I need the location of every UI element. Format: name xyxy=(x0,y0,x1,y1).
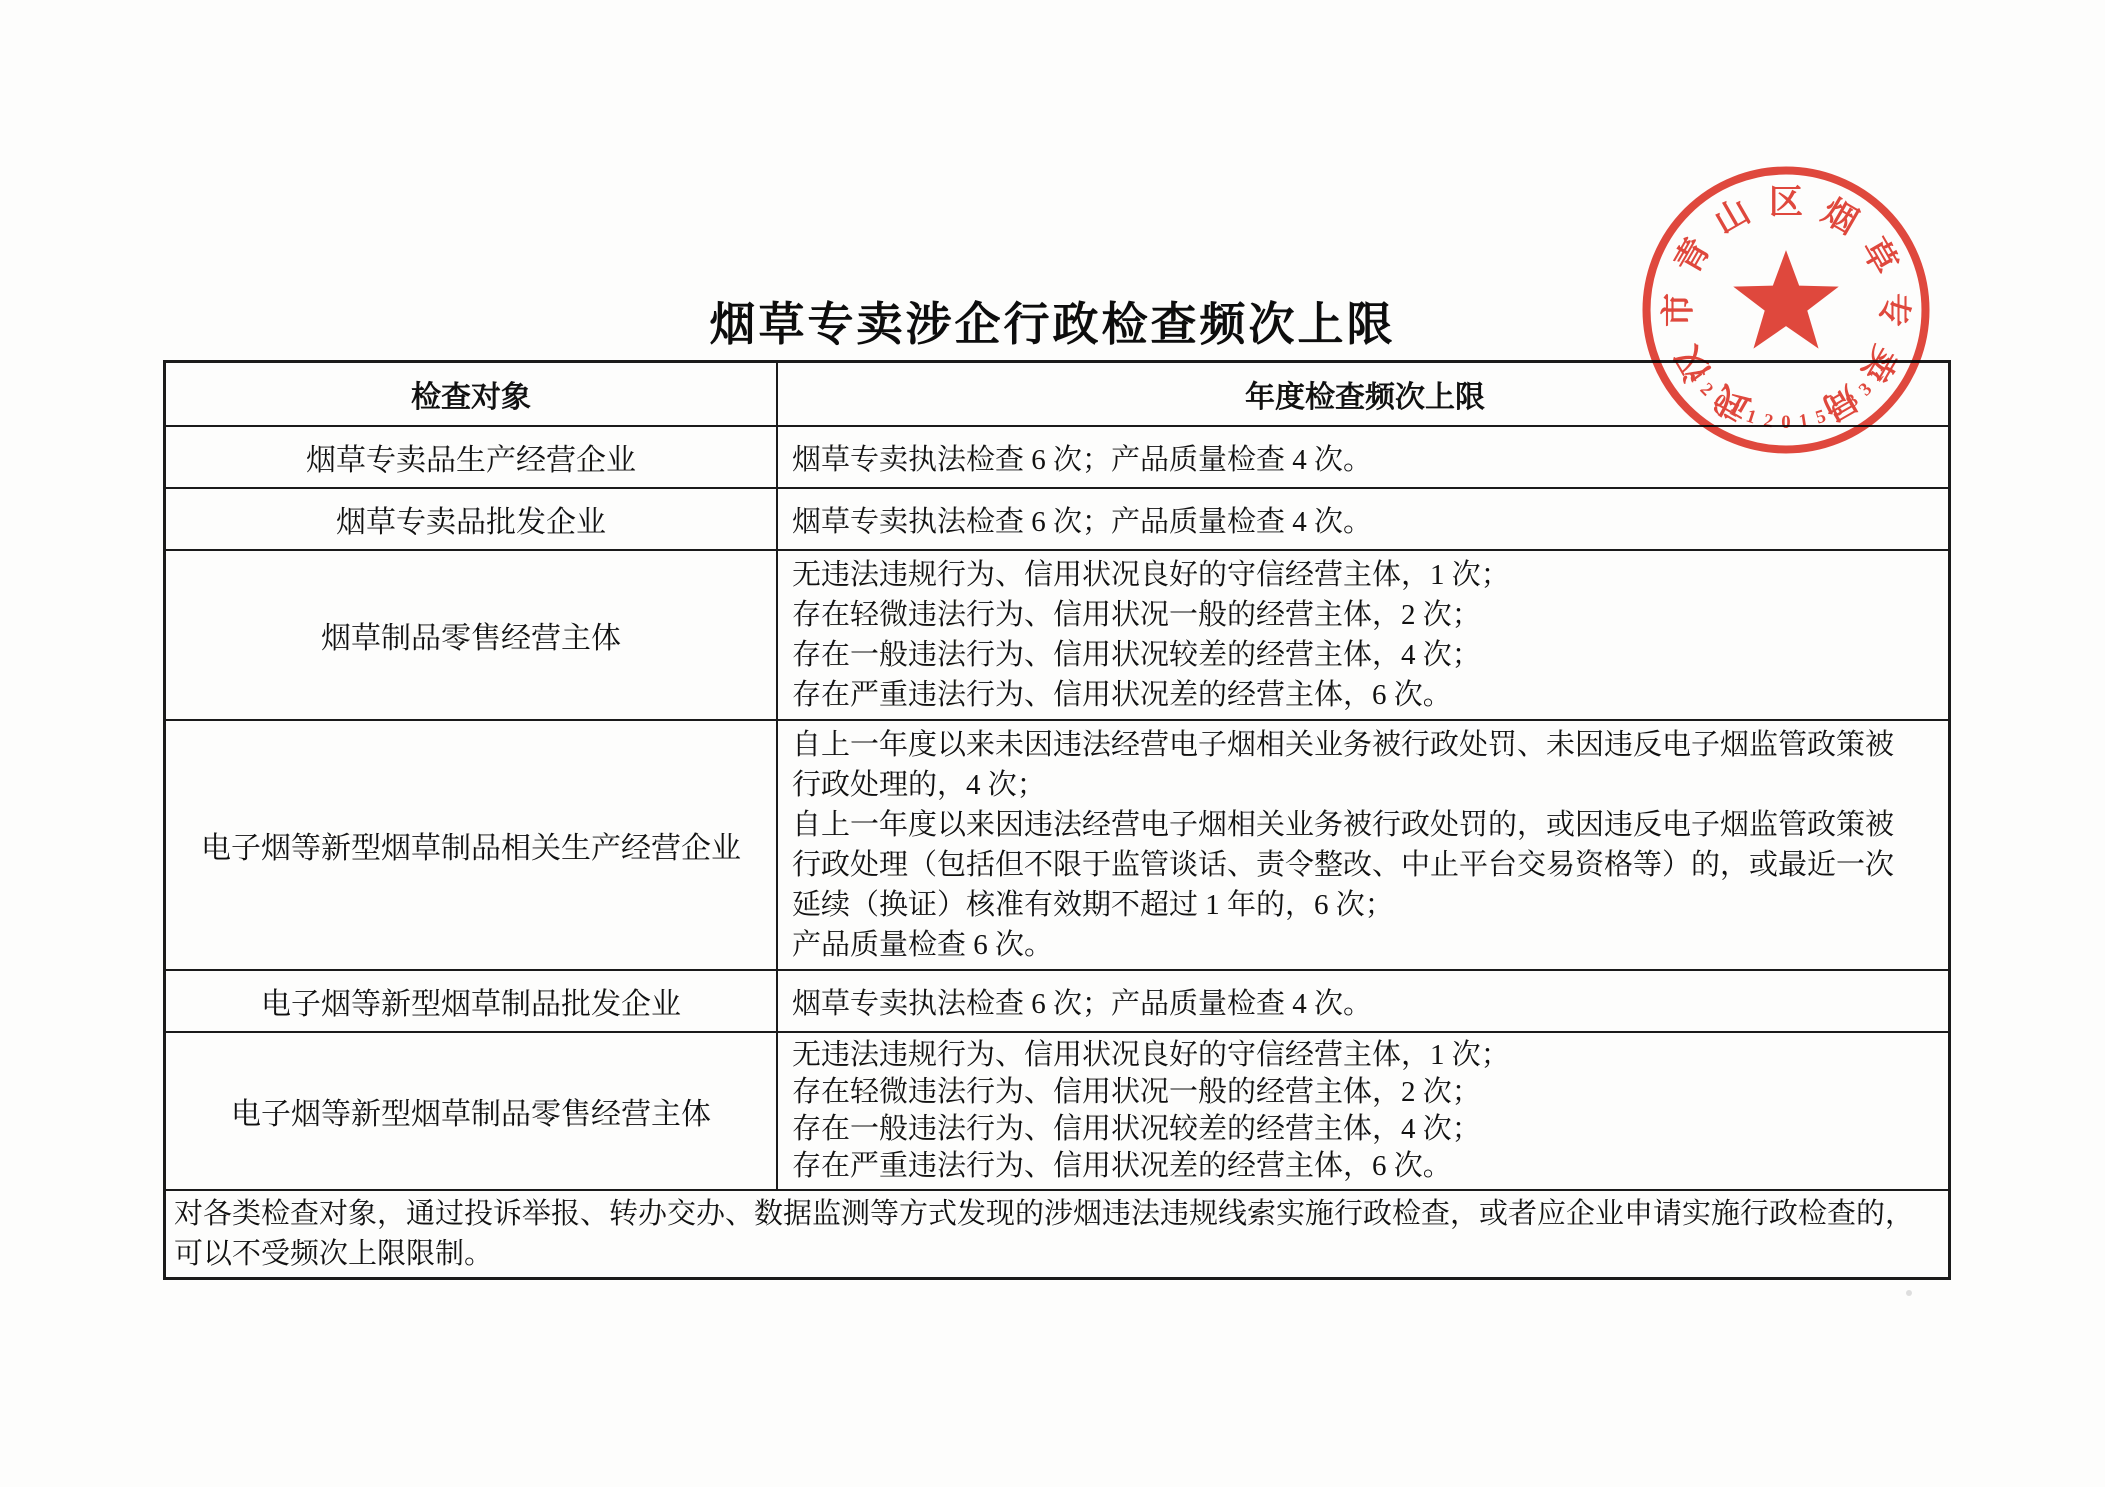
limit-line: 存在轻微违法行为、信用状况一般的经营主体，2 次； xyxy=(792,1074,1938,1111)
svg-text:3: 3 xyxy=(1855,379,1876,400)
official-seal: 武 汉 市 青 山 区 烟 草 专 卖 局 4 2 0 1 1 2 0 1 xyxy=(1634,158,1938,462)
svg-text:区: 区 xyxy=(1769,184,1803,221)
limit-line: 产品质量检查 6 次。 xyxy=(792,925,1938,965)
cell-limits: 自上一年度以来未因违法经营电子烟相关业务被行政处罚、未因违反电子烟监管政策被 行… xyxy=(778,721,1948,969)
cell-limits: 无违法违规行为、信用状况良好的守信经营主体，1 次； 存在轻微违法行为、信用状况… xyxy=(778,551,1948,719)
cell-limits: 烟草专卖执法检查 6 次；产品质量检查 4 次。 xyxy=(778,489,1948,549)
svg-text:市: 市 xyxy=(1659,293,1697,327)
scan-artifact xyxy=(1906,1290,1912,1296)
svg-text:2: 2 xyxy=(1696,379,1717,400)
limit-line: 行政处理（包括但不限于监管谈话、责令整改、中止平台交易资格等）的，或最近一次 xyxy=(792,845,1938,885)
svg-text:草: 草 xyxy=(1854,232,1904,280)
cell-limits: 无违法违规行为、信用状况良好的守信经营主体，1 次； 存在轻微违法行为、信用状况… xyxy=(778,1033,1948,1189)
cell-object: 烟草专卖品批发企业 xyxy=(166,489,778,549)
svg-text:专: 专 xyxy=(1875,293,1913,327)
limit-line: 无违法违规行为、信用状况良好的守信经营主体，1 次； xyxy=(792,1037,1938,1074)
svg-text:2: 2 xyxy=(1762,410,1775,432)
svg-text:山: 山 xyxy=(1709,193,1757,242)
limit-line: 存在严重违法行为、信用状况差的经营主体，6 次。 xyxy=(792,675,1938,715)
seal-graphic: 武 汉 市 青 山 区 烟 草 专 卖 局 4 2 0 1 1 2 0 1 xyxy=(1634,158,1938,462)
table-row: 电子烟等新型烟草制品批发企业 烟草专卖执法检查 6 次；产品质量检查 4 次。 xyxy=(166,969,1948,1031)
table-row: 烟草专卖品批发企业 烟草专卖执法检查 6 次；产品质量检查 4 次。 xyxy=(166,487,1948,549)
cell-object: 电子烟等新型烟草制品相关生产经营企业 xyxy=(166,721,778,969)
limit-line: 无违法违规行为、信用状况良好的守信经营主体，1 次； xyxy=(792,555,1938,595)
limit-line: 存在轻微违法行为、信用状况一般的经营主体，2 次； xyxy=(792,595,1938,635)
limit-line: 存在严重违法行为、信用状况差的经营主体，6 次。 xyxy=(792,1148,1938,1185)
limit-line: 烟草专卖执法检查 6 次；产品质量检查 4 次。 xyxy=(792,981,1938,1022)
scanned-document-page: 烟草专卖涉企行政检查频次上限 检查对象 年度检查频次上限 烟草专卖品生产经营企业… xyxy=(0,0,2105,1487)
limit-line: 自上一年度以来未因违法经营电子烟相关业务被行政处罚、未因违反电子烟监管政策被 xyxy=(792,725,1938,765)
limit-line: 烟草专卖执法检查 6 次；产品质量检查 4 次。 xyxy=(792,499,1938,540)
cell-object: 电子烟等新型烟草制品批发企业 xyxy=(166,971,778,1031)
table-row: 电子烟等新型烟草制品零售经营主体 无违法违规行为、信用状况良好的守信经营主体，1… xyxy=(166,1031,1948,1189)
svg-text:青: 青 xyxy=(1668,232,1718,280)
cell-object: 烟草制品零售经营主体 xyxy=(166,551,778,719)
cell-limits: 烟草专卖执法检查 6 次；产品质量检查 4 次。 xyxy=(778,971,1948,1031)
svg-text:0: 0 xyxy=(1781,412,1790,433)
table-row: 烟草制品零售经营主体 无违法违规行为、信用状况良好的守信经营主体，1 次； 存在… xyxy=(166,549,1948,719)
cell-object: 烟草专卖品生产经营企业 xyxy=(166,427,778,487)
table-row: 电子烟等新型烟草制品相关生产经营企业 自上一年度以来未因违法经营电子烟相关业务被… xyxy=(166,719,1948,969)
inspection-frequency-table: 检查对象 年度检查频次上限 烟草专卖品生产经营企业 烟草专卖执法检查 6 次；产… xyxy=(163,360,1951,1280)
header-cell-inspection-object: 检查对象 xyxy=(166,363,778,425)
seal-star xyxy=(1733,250,1839,349)
footnote-text: 对各类检查对象，通过投诉举报、转办交办、数据监测等方式发现的涉烟违法违规线索实施… xyxy=(166,1191,1948,1277)
limit-line: 自上一年度以来因违法经营电子烟相关业务被行政处罚的，或因违反电子烟监管政策被 xyxy=(792,805,1938,845)
limit-line: 存在一般违法行为、信用状况较差的经营主体，4 次； xyxy=(792,635,1938,675)
limit-line: 行政处理的，4 次； xyxy=(792,765,1938,805)
svg-text:烟: 烟 xyxy=(1815,191,1864,241)
cell-object: 电子烟等新型烟草制品零售经营主体 xyxy=(166,1033,778,1189)
limit-line: 存在一般违法行为、信用状况较差的经营主体，4 次； xyxy=(792,1111,1938,1148)
table-footnote-row: 对各类检查对象，通过投诉举报、转办交办、数据监测等方式发现的涉烟违法违规线索实施… xyxy=(166,1189,1948,1277)
limit-line: 延续（换证）核准有效期不超过 1 年的，6 次； xyxy=(792,885,1938,925)
svg-text:1: 1 xyxy=(1797,410,1810,432)
